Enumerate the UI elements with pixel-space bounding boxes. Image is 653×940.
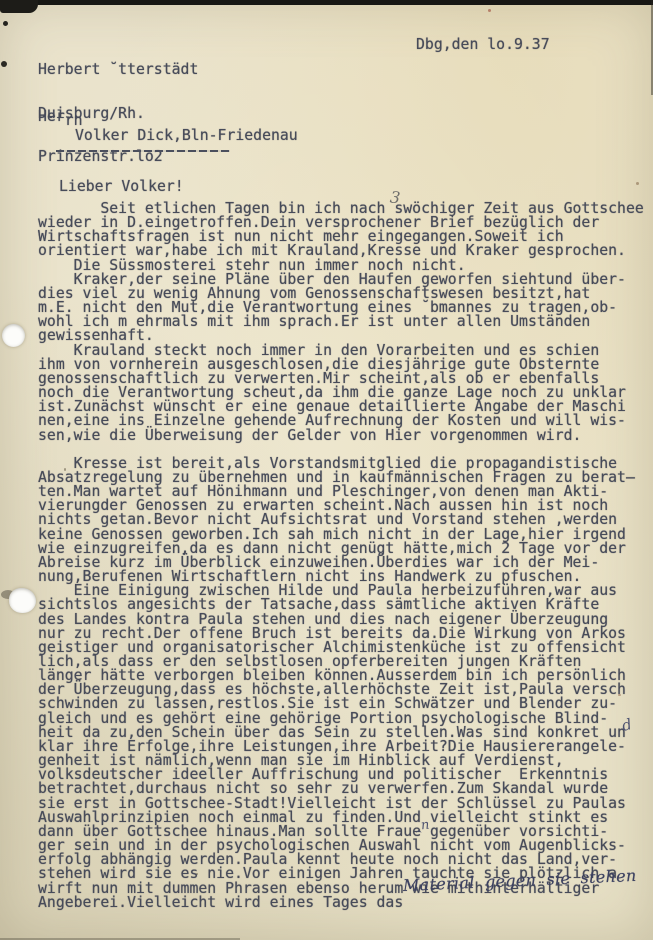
handwritten-insert-n: n: [420, 818, 430, 834]
paper-speck: [636, 182, 639, 185]
sender-name: Herbert ˘tterstädt: [38, 63, 198, 78]
paper-speck: [3, 21, 8, 26]
date-line: Dbg,den lo.9.37: [416, 36, 550, 53]
scan-top-left-blob: [0, 0, 38, 13]
greeting-line: Lieber Volker!: [59, 178, 184, 195]
punch-hole-top: [2, 324, 25, 347]
scan-top-edge: [0, 0, 653, 5]
punch-hole-bottom: [9, 588, 36, 613]
recipient-salutation: Herrn: [38, 108, 83, 125]
handwritten-correction-three: 3: [389, 188, 401, 208]
salutation-prefix: Her: [38, 108, 65, 125]
paper-speck: [488, 9, 491, 12]
letter-body: Seit etlichen Tagen bin ich nach swöchig…: [38, 202, 644, 910]
sender-street: Prinzenstr.lo2: [38, 150, 198, 165]
recipient-underline: [56, 150, 230, 152]
paper-speck: [1, 61, 7, 67]
recipient-name: Volker Dick,Bln-Friedenau: [75, 127, 298, 144]
letter-scan-page: Herbert ˘tterstädt Duisburg/Rh. Prinzens…: [0, 0, 653, 940]
